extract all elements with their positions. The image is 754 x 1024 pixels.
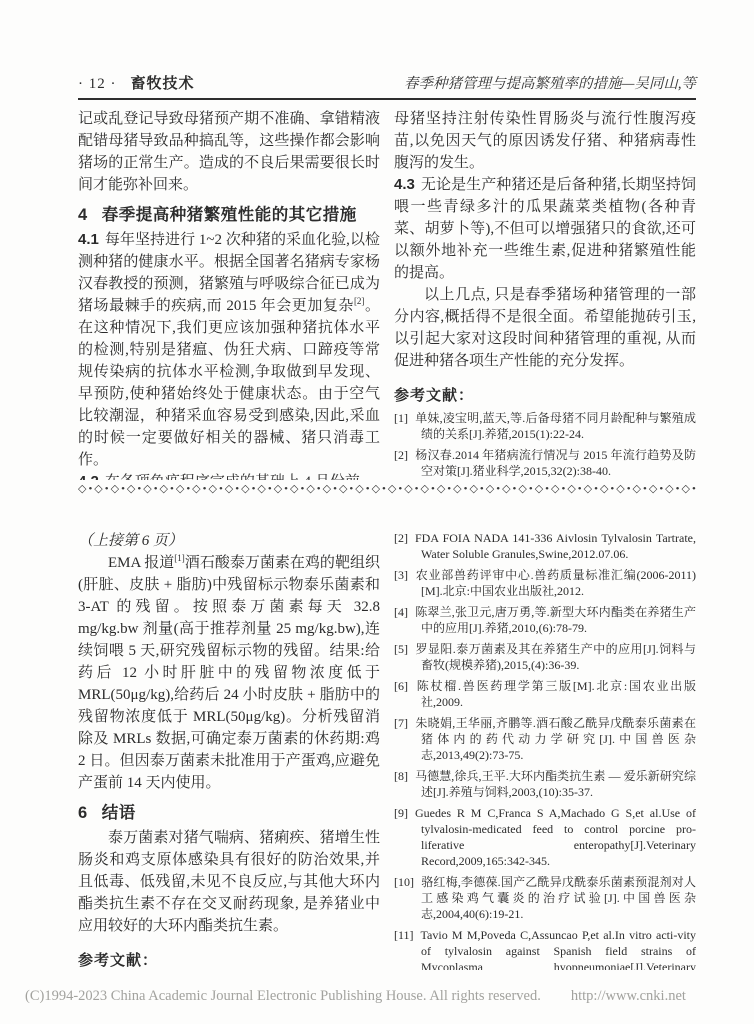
top-left-column: 记或乱登记导致母猪预产期不准确、拿错精液配错母猪导致品种搞乱等，这些操作都会影响…: [78, 108, 380, 480]
running-title: 春季种猪管理与提高繁殖率的措施—吴同山,等: [404, 72, 696, 93]
item-number: 4.2: [78, 473, 99, 480]
paragraph-4-3: 4.3无论是生产种猪还是后备种猪,长期坚持饲喂一些青绿多汁的瓜果蔬菜类植物(各种…: [394, 174, 696, 284]
paragraph-text: 在各项免疫程序完成的基础上,4 月份前,: [105, 474, 364, 480]
reference-label: [9]: [394, 806, 408, 820]
paragraph-conclusion: 泰万菌素对猪气喘病、猪痢疾、猪增生性肠炎和鸡支原体感染具有很好的防治效果,并且低…: [78, 827, 380, 937]
journal-page: · 12 ·畜牧技术 春季种猪管理与提高繁殖率的措施—吴同山,等 记或乱登记导致…: [0, 0, 754, 1024]
reference-text: FDA FOIA NADA 141-336 Aivlosin Tylvalosi…: [415, 531, 696, 561]
paragraph-text: 。在这种情况下,我们更应该加强种猪抗体水平的检测,特别是猪瘟、伪狂犬病、口蹄疫等…: [78, 298, 380, 468]
reference-item: [2]杨汉春.2014 年猪病流行情况与 2015 年流行趋势及防空对策[J].…: [394, 447, 696, 479]
paragraph-closing: 以上几点, 只是春季猪场种猪管理的一部分内容,概括得不是很全面。希望能抛砖引玉,…: [394, 284, 696, 372]
reference-item: [11]Tavio M M,Poveda C,Assuncao P,et al.…: [394, 927, 696, 970]
section-number: 4: [78, 206, 88, 224]
reference-label: [2]: [394, 531, 408, 545]
reference-label: [1]: [394, 411, 408, 425]
reference-text: 骆红梅,李德葆.国产乙酰异戊酰泰乐菌素预混剂对人工感染鸡气囊炎的治疗试验[J].…: [421, 875, 696, 921]
reference-label: [7]: [394, 716, 408, 730]
citation-marker: [1]: [174, 553, 185, 563]
paragraph-4-1: 4.1每年坚持进行 1~2 次种猪的采血化验,以检测种猪的健康水平。根据全国著名…: [78, 229, 380, 471]
page-header: · 12 ·畜牧技术 春季种猪管理与提高繁殖率的措施—吴同山,等: [78, 72, 696, 100]
section-heading-text: 春季提高种猪繁殖性能的其它措施: [102, 206, 357, 224]
reference-item: [4]陈翠兰,张卫元,唐万勇,等.新型大环内酯类在养猪生产中的应用[J].养猪,…: [394, 604, 696, 636]
reference-label: [11]: [394, 928, 414, 942]
citation-marker: [2]: [354, 296, 365, 306]
reference-text: 陈杖榴.兽医药理学第三版[M].北京:国农业出版社,2009.: [415, 679, 696, 709]
reference-label: [8]: [394, 769, 408, 783]
item-number: 4.3: [394, 176, 415, 193]
item-number: 4.1: [78, 231, 99, 248]
section-heading-4: 4春季提高种猪繁殖性能的其它措施: [78, 201, 380, 225]
section-title: 畜牧技术: [131, 75, 195, 92]
reference-item: [3]农业部兽药评审中心.兽药质量标准汇编(2006-2011)[M].北京:中…: [394, 567, 696, 599]
section-number: 6: [78, 804, 88, 822]
reference-text: 单妹,凌宝明,蓝天,等.后备母猪不同月龄配种与繁殖成绩的关系[J].养猪,201…: [415, 411, 696, 441]
reference-text: 农业部兽药评审中心.兽药质量标准汇编(2006-2011)[M].北京:中国农业…: [415, 568, 696, 598]
top-article: 记或乱登记导致母猪预产期不准确、拿错精液配错母猪导致品种搞乱等，这些操作都会影响…: [78, 108, 696, 480]
bottom-left-column: （上接第 6 页） EMA 报道[1]酒石酸泰万菌素在鸡的靶组织(肝脏、皮肤 +…: [78, 530, 380, 970]
copyright-text: (C)1994-2023 China Academic Journal Elec…: [25, 988, 541, 1004]
section-heading-text: 结语: [102, 804, 136, 822]
reference-text: Tavio M M,Poveda C,Assuncao P,et al.In v…: [421, 928, 696, 970]
page-number: · 12 ·: [78, 76, 117, 92]
top-right-column: 母猪坚持注射传染性胃肠炎与流行性腹泻疫苗,以免因天气的原因诱发仔猪、种猪病毒性腹…: [394, 108, 696, 480]
reference-item: [1]单妹,凌宝明,蓝天,等.后备母猪不同月龄配种与繁殖成绩的关系[J].养猪,…: [394, 410, 696, 442]
reference-label: [2]: [394, 448, 408, 462]
reference-text: 杨汉春.2014 年猪病流行情况与 2015 年流行趋势及防空对策[J].猪业科…: [415, 448, 696, 478]
paragraph-text: EMA 报道: [108, 555, 174, 571]
reference-list: [2]FDA FOIA NADA 141-336 Aivlosin Tylval…: [394, 530, 696, 970]
reference-label: [4]: [394, 605, 408, 619]
cnki-url: http://www.cnki.net: [571, 988, 686, 1004]
reference-item: [6]陈杖榴.兽医药理学第三版[M].北京:国农业出版社,2009.: [394, 678, 696, 710]
bottom-right-column: [2]FDA FOIA NADA 141-336 Aivlosin Tylval…: [394, 530, 696, 970]
reference-label: [5]: [394, 642, 408, 656]
reference-item: [8]马德慧,徐兵,王平.大环内酯类抗生素 — 爱乐新研究综述[J].养殖与饲料…: [394, 768, 696, 800]
reference-text: 马德慧,徐兵,王平.大环内酯类抗生素 — 爱乐新研究综述[J].养殖与饲料,20…: [415, 769, 696, 799]
bottom-article: （上接第 6 页） EMA 报道[1]酒石酸泰万菌素在鸡的靶组织(肝脏、皮肤 +…: [78, 530, 696, 970]
paragraph-continuation: 记或乱登记导致母猪预产期不准确、拿错精液配错母猪导致品种搞乱等，这些操作都会影响…: [78, 108, 380, 196]
reference-text: 罗显阳.泰万菌素及其在养猪生产中的应用[J].饲料与畜牧(规模养猪),2015,…: [415, 642, 696, 672]
paragraph-continuation: 母猪坚持注射传染性胃肠炎与流行性腹泻疫苗,以免因天气的原因诱发仔猪、种猪病毒性腹…: [394, 108, 696, 174]
paragraph-4-2: 4.2在各项免疫程序完成的基础上,4 月份前,: [78, 471, 380, 480]
continued-from-note: （上接第 6 页）: [78, 530, 380, 552]
section-heading-6: 6结语: [78, 799, 380, 823]
paragraph-ema: EMA 报道[1]酒石酸泰万菌素在鸡的靶组织(肝脏、皮肤 + 脂肪)中残留标示物…: [78, 552, 380, 794]
header-left: · 12 ·畜牧技术: [78, 72, 195, 93]
reference-label: [10]: [394, 875, 414, 889]
reference-item: [9]Guedes R M C,Franca S A,Machado G S,e…: [394, 805, 696, 869]
paragraph-text: 无论是生产种猪还是后备种猪,长期坚持饲喂一些青绿多汁的瓜果蔬菜类植物(各种青菜、…: [394, 177, 696, 281]
reference-item: [10]骆红梅,李德葆.国产乙酰异戊酰泰乐菌素预混剂对人工感染鸡气囊炎的治疗试验…: [394, 874, 696, 922]
reference-list: [1]单妹,凌宝明,蓝天,等.后备母猪不同月龄配种与繁殖成绩的关系[J].养猪,…: [394, 410, 696, 479]
article-divider-ornament: ◇•◇•◇•◇•◇•◇•◇•◇•◇•◇•◇•◇•◇•◇•◇•◇•◇•◇•◇•◇•…: [78, 482, 696, 496]
reference-item: [7]朱晓娟,王华丽,齐鹏等.酒石酸乙酰异戊酰泰乐菌素在猪体内的药代动力学研究[…: [394, 715, 696, 763]
reference-label: [6]: [394, 679, 408, 693]
reference-label: [3]: [394, 568, 408, 582]
reference-item: [2]FDA FOIA NADA 141-336 Aivlosin Tylval…: [394, 530, 696, 562]
reference-text: Guedes R M C,Franca S A,Machado G S,et a…: [415, 806, 696, 868]
reference-text: 朱晓娟,王华丽,齐鹏等.酒石酸乙酰异戊酰泰乐菌素在猪体内的药代动力学研究[J].…: [415, 716, 696, 762]
page-footer: (C)1994-2023 China Academic Journal Elec…: [25, 988, 745, 1005]
references-heading: 参考文献：: [394, 384, 696, 405]
paragraph-text: 每年坚持进行 1~2 次种猪的采血化验,以检测种猪的健康水平。根据全国著名猪病专…: [78, 232, 380, 314]
paragraph-text: 酒石酸泰万菌素在鸡的靶组织(肝脏、皮肤 + 脂肪)中残留标示物泰乐菌素和 3-A…: [78, 555, 380, 791]
reference-text: 陈翠兰,张卫元,唐万勇,等.新型大环内酯类在养猪生产中的应用[J].养猪,201…: [415, 605, 696, 635]
reference-item: [5]罗显阳.泰万菌素及其在养猪生产中的应用[J].饲料与畜牧(规模养猪),20…: [394, 641, 696, 673]
references-heading: 参考文献：: [78, 949, 380, 970]
